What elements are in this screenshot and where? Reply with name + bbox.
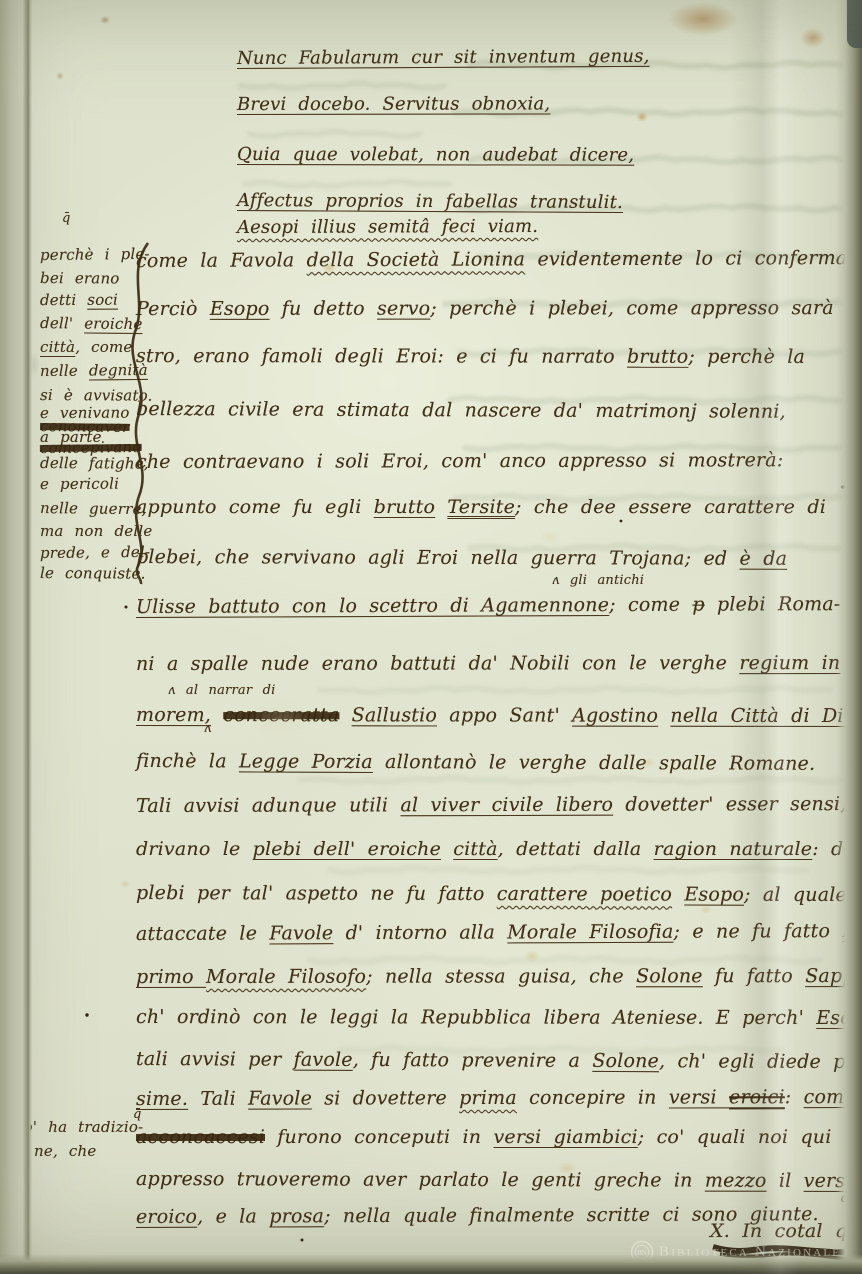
text-segment: dell' [40, 314, 84, 332]
text-segment: finchè la [136, 750, 239, 772]
text-segment: Nunc Fabularum cur sit inventum genus, [237, 46, 650, 69]
text-segment [435, 496, 447, 518]
page-fold-crease [730, 0, 800, 1274]
paper-stain [56, 72, 64, 80]
text-segment: Tersite [447, 496, 515, 518]
text-segment: plebi per tal' aspetto ne fu fatto [136, 882, 497, 905]
text-segment: morem, [136, 704, 211, 726]
text-line: plebei, che servivano agli Eroi nella gu… [136, 548, 787, 569]
text-line: nelle degnità [40, 363, 148, 379]
text-segment: e pericoli [40, 475, 119, 493]
text-line: città, come [40, 340, 132, 355]
text-line: Nunc Fabularum cur sit inventum genus, [237, 48, 650, 68]
text-segment: appunto come fu egli [136, 496, 374, 518]
margin-note-bottom-line: ne, che [34, 1144, 96, 1159]
paper-stain [668, 2, 738, 36]
text-segment: ch' ordinò con le leggi la Repubblica li… [136, 1006, 816, 1029]
text-segment: appresso truoveremo aver parlato le gent… [136, 1168, 705, 1192]
text-segment: al viver civile libero [400, 794, 613, 817]
text-segment: ma non delle [40, 522, 152, 540]
text-line: Brevi docebo. Servitus obnoxia, [237, 95, 550, 114]
text-segment: si è avvisato. [40, 386, 153, 405]
text-segment: brutto [627, 346, 688, 368]
text-segment: stro, erano famoli degli Eroi: e ci fu n… [136, 345, 627, 368]
text-segment: come la Favola [136, 249, 307, 272]
text-line: nelle guerre, [40, 501, 147, 517]
text-segment: prede, e del- [40, 543, 150, 562]
text-segment: drivano le [136, 838, 253, 860]
text-segment: versi [669, 1086, 729, 1108]
text-segment: Favole [248, 1088, 312, 1110]
text-segment: Favole [269, 922, 333, 944]
text-segment: le conquiste. [40, 564, 146, 583]
text-line: che contraevano i soli Eroi, com' anco a… [136, 451, 784, 472]
text-segment: carattere poetico [497, 883, 672, 905]
text-line: detti soci [40, 293, 118, 308]
text-segment: , e la [197, 1205, 269, 1227]
paper-stain [800, 28, 826, 48]
text-segment: nelle [40, 361, 89, 380]
manuscript-page: Nunc Fabularum cur sit inventum genus,Br… [0, 0, 862, 1274]
text-segment: Solone [636, 965, 703, 987]
interlinear-insertion: ʌ al narrar di [168, 684, 275, 697]
page-edge-left [0, 0, 32, 1274]
text-segment: bellezza civile era stimata dal nascere … [136, 398, 786, 423]
text-segment: Agostino [572, 705, 658, 727]
text-segment: , come [75, 338, 132, 356]
text-segment: città [40, 338, 75, 356]
text-segment: ; come [609, 594, 692, 616]
text-line: ma non delle [40, 524, 152, 539]
text-line: bellezza civile era stimata dal nascere … [136, 400, 786, 422]
text-segment: primo [136, 966, 206, 988]
text-segment: , dettati dalla [498, 838, 654, 860]
text-segment: degnità [89, 361, 148, 380]
text-line: appunto come fu egli brutto Tersite; che… [136, 498, 826, 517]
text-line: acconcaccesi furono conceputi in versi g… [136, 1128, 832, 1147]
paper-stain [636, 112, 648, 122]
text-segment: Esopo [210, 298, 270, 320]
text-segment: ; nella stessa guisa, che [366, 965, 636, 987]
text-segment: Morale Filosofo [206, 966, 366, 988]
text-segment: Solone [592, 1050, 659, 1072]
text-segment [658, 705, 670, 727]
text-line: Aesopi illius semitâ feci viam. [237, 218, 538, 237]
marginal-abbreviation: q̄ [62, 212, 71, 225]
text-line: Quia quae volebat, non audebat dicere, [237, 146, 634, 165]
text-segment: evidentemente lo ci conferma: [525, 247, 854, 270]
text-line: e pericoli [40, 477, 119, 492]
text-segment: plebei, che servivano agli Eroi nella gu… [136, 546, 740, 570]
text-segment: appo Sant' [437, 704, 572, 726]
caret-mark: ʌ [204, 722, 212, 735]
text-line: finchè la Legge Porzia allontanò le verg… [136, 752, 815, 774]
text-segment [441, 838, 453, 860]
page-edge-right [836, 0, 862, 1274]
text-segment: Perciò [136, 298, 210, 320]
text-line: prede, e del- [40, 545, 150, 561]
text-segment: Sallustio [352, 704, 437, 726]
text-segment: prima [459, 1087, 517, 1109]
text-segment: acconcaccesi [136, 1126, 265, 1148]
text-segment: , fu fatto prevenire a [353, 1049, 593, 1072]
paper-stain [540, 530, 560, 544]
text-segment [672, 883, 684, 905]
text-segment: furono conceputi in [265, 1126, 493, 1148]
text-segment: concecratta [223, 704, 339, 726]
page-corner-shadow [847, 0, 862, 48]
paper-stain [120, 880, 130, 888]
text-segment: si dovettere [312, 1087, 459, 1109]
text-segment: bei erano [40, 269, 120, 287]
paper-stain [524, 950, 540, 962]
text-line: si è avvisato. [40, 388, 153, 404]
text-segment: Tali [188, 1088, 248, 1110]
text-segment: della Società Lionina [307, 248, 526, 271]
text-segment: detti [40, 291, 87, 309]
text-segment: brutto [374, 496, 435, 518]
text-segment: eroiche [84, 314, 142, 333]
text-line: dell' eroiche [40, 316, 143, 332]
text-segment: plebi dell' eroiche [253, 838, 441, 860]
text-segment: ni a spalle nude erano battuti da' Nobil… [136, 652, 739, 675]
text-line: stro, erano famoli degli Eroi: e ci fu n… [136, 347, 805, 367]
text-segment: concepire in [517, 1087, 669, 1109]
text-segment: prosa [269, 1205, 324, 1227]
text-segment: Morale Filosofia [507, 921, 673, 944]
text-line: Affectus proprios in fabellas transtulit… [237, 192, 623, 212]
text-segment: d' intorno alla [333, 921, 507, 944]
margin-note-bottom-line: Pò' ha tradizio- [14, 1120, 143, 1135]
text-segment [339, 704, 351, 726]
text-segment: Affectus proprios in fabellas transtulit… [237, 190, 623, 213]
text-line: delle fatighe, [40, 456, 149, 472]
paper-stain [700, 905, 712, 914]
text-segment: servo [377, 298, 430, 320]
text-segment: Aesopi illius semitâ feci viam. [237, 216, 538, 238]
text-segment: Tali avvisi adunque utili [136, 794, 401, 817]
text-segment [211, 704, 223, 726]
text-segment: versi giambici [493, 1126, 637, 1148]
text-segment: Legge Porzia [239, 750, 373, 773]
text-segment: eroico [136, 1206, 197, 1228]
text-line: perchè i ple- [40, 247, 150, 263]
paper-stain [100, 16, 110, 24]
text-segment: favole [294, 1049, 353, 1071]
text-segment: che contraevano i soli Eroi, com' anco a… [136, 449, 784, 473]
text-segment: delle fatighe, [40, 454, 149, 473]
text-segment: p [692, 594, 704, 616]
text-line: le conquiste. [40, 566, 146, 582]
text-segment: Quia quae volebat, non audebat dicere, [237, 144, 634, 166]
text-segment: città [453, 838, 497, 860]
text-segment: perchè i ple- [40, 245, 150, 264]
text-segment: Brevi docebo. Servitus obnoxia, [237, 93, 550, 115]
text-segment: soci [87, 291, 118, 309]
interlinear-insertion: ʌ gli antichi [552, 574, 644, 587]
text-segment: attaccate le [136, 922, 270, 945]
text-segment: nelle guerre, [40, 499, 147, 518]
text-segment: tali avvisi per [136, 1048, 294, 1071]
text-line: bei erano [40, 271, 120, 286]
text-segment: sime. [136, 1088, 188, 1110]
text-segment: Ulisse battuto con lo scettro di Agamenn… [136, 594, 609, 618]
text-segment: fu detto [270, 298, 378, 320]
